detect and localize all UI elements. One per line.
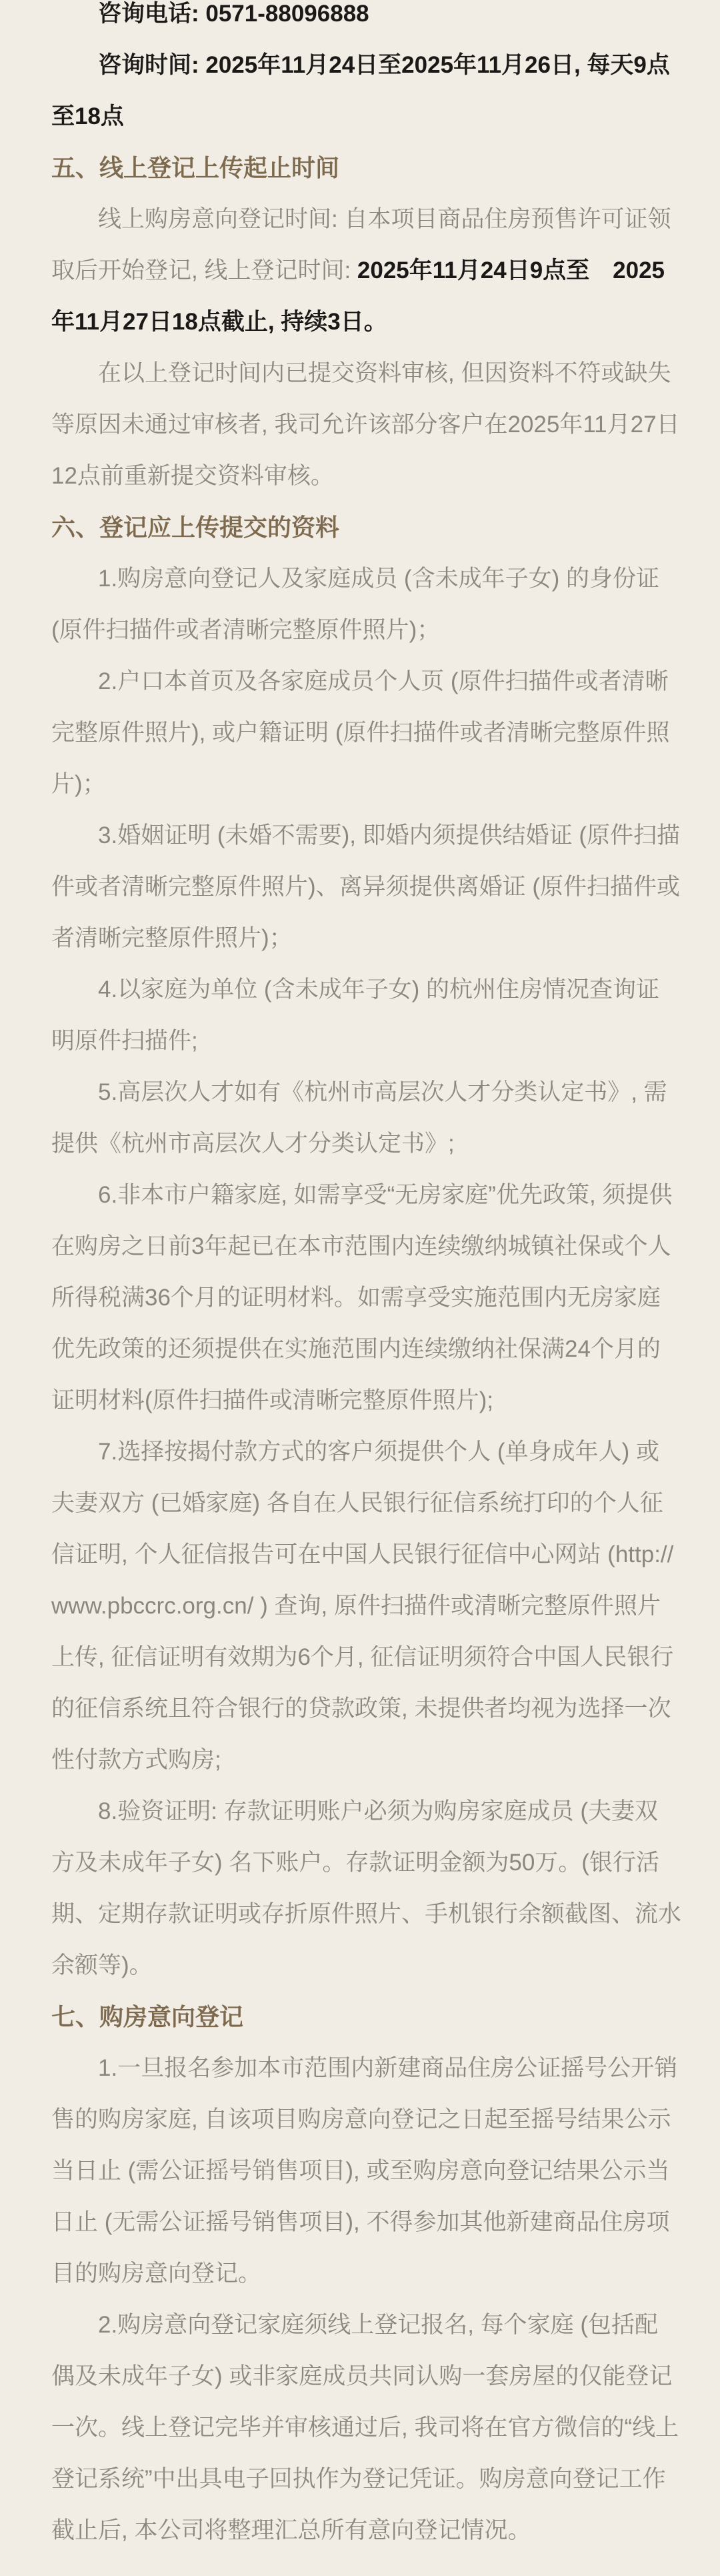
paragraph: 1.购房意向登记人及家庭成员 (含未成年子女) 的身份证 (原件扫描件或者清晰完… xyxy=(51,553,681,656)
paragraph: 1.一旦报名参加本市范围内新建商品住房公证摇号公开销售的购房家庭, 自该项目购房… xyxy=(51,2042,681,2299)
body-text: 3.婚姻证明 (未婚不需要), 即婚内须提供结婚证 (原件扫描件或者清晰完整原件… xyxy=(51,822,680,951)
heading-text: 五、线上登记上传起止时间 xyxy=(51,154,339,181)
paragraph: 3.婚姻证明 (未婚不需要), 即婚内须提供结婚证 (原件扫描件或者清晰完整原件… xyxy=(51,810,681,964)
paragraph: 6.非本市户籍家庭, 如需享受“无房家庭”优先政策, 须提供在购房之日前3年起已… xyxy=(51,1169,681,1426)
body-text: 8.验资证明: 存款证明账户必须为购房家庭成员 (夫妻双方及未成年子女) 名下账… xyxy=(51,1798,681,1978)
body-text: 在以上登记时间内已提交资料审核, 但因资料不符或缺失等原因未通过审核者, 我司允… xyxy=(51,360,680,489)
paragraph: 2.购房意向登记家庭须线上登记报名, 每个家庭 (包括配偶及未成年子女) 或非家… xyxy=(51,2299,681,2556)
paragraph: 8.验资证明: 存款证明账户必须为购房家庭成员 (夫妻双方及未成年子女) 名下账… xyxy=(51,1786,681,1991)
heading-text: 六、登记应上传提交的资料 xyxy=(51,514,339,541)
body-text: 5.高层次人才如有《杭州市高层次人才分类认定书》, 需提供《杭州市高层次人才分类… xyxy=(51,1079,667,1157)
body-text: 1.一旦报名参加本市范围内新建商品住房公证摇号公开销售的购房家庭, 自该项目购房… xyxy=(51,2055,677,2287)
section-heading: 六、登记应上传提交的资料 xyxy=(51,502,681,553)
paragraph: 7.选择按揭付款方式的客户须提供个人 (单身成年人) 或夫妻双方 (已婚家庭) … xyxy=(51,1426,681,1786)
body-text: 6.非本市户籍家庭, 如需享受“无房家庭”优先政策, 须提供在购房之日前3年起已… xyxy=(51,1182,672,1413)
body-text: 1.购房意向登记人及家庭成员 (含未成年子女) 的身份证 (原件扫描件或者清晰完… xyxy=(51,566,659,643)
section-heading: 七、购房意向登记 xyxy=(51,1991,681,2042)
paragraph: 咨询电话: 0571-88096888 xyxy=(51,0,681,39)
announcement-page: 咨询电话: 0571-88096888咨询时间: 2025年11月24日至202… xyxy=(0,0,720,2576)
paragraph: 2.户口本首页及各家庭成员个人页 (原件扫描件或者清晰完整原件照片), 或户籍证… xyxy=(51,656,681,810)
paragraph: 咨询时间: 2025年11月24日至2025年11月26日, 每天9点至18点 xyxy=(51,39,681,142)
body-text: 4.以家庭为单位 (含未成年子女) 的杭州住房情况查询证明原件扫描件; xyxy=(51,977,659,1054)
emphasis-text: 咨询电话: 0571-88096888 xyxy=(98,1,369,27)
body-text: 2.购房意向登记家庭须线上登记报名, 每个家庭 (包括配偶及未成年子女) 或非家… xyxy=(51,2312,679,2543)
heading-text: 七、购房意向登记 xyxy=(51,2003,243,2030)
emphasis-text: 咨询时间: 2025年11月24日至2025年11月26日, 每天9点至18点 xyxy=(51,52,670,129)
body-text: 7.选择按揭付款方式的客户须提供个人 (单身成年人) 或夫妻双方 (已婚家庭) … xyxy=(51,1439,673,1773)
body-text: 2.户口本首页及各家庭成员个人页 (原件扫描件或者清晰完整原件照片), 或户籍证… xyxy=(51,668,670,797)
paragraph: 在以上登记时间内已提交资料审核, 但因资料不符或缺失等原因未通过审核者, 我司允… xyxy=(51,348,681,502)
document-body: 咨询电话: 0571-88096888咨询时间: 2025年11月24日至202… xyxy=(51,0,681,2556)
paragraph: 线上购房意向登记时间: 自本项目商品住房预售许可证领取后开始登记, 线上登记时间… xyxy=(51,193,681,348)
paragraph: 5.高层次人才如有《杭州市高层次人才分类认定书》, 需提供《杭州市高层次人才分类… xyxy=(51,1067,681,1169)
paragraph: 4.以家庭为单位 (含未成年子女) 的杭州住房情况查询证明原件扫描件; xyxy=(51,964,681,1067)
section-heading: 五、线上登记上传起止时间 xyxy=(51,142,681,193)
